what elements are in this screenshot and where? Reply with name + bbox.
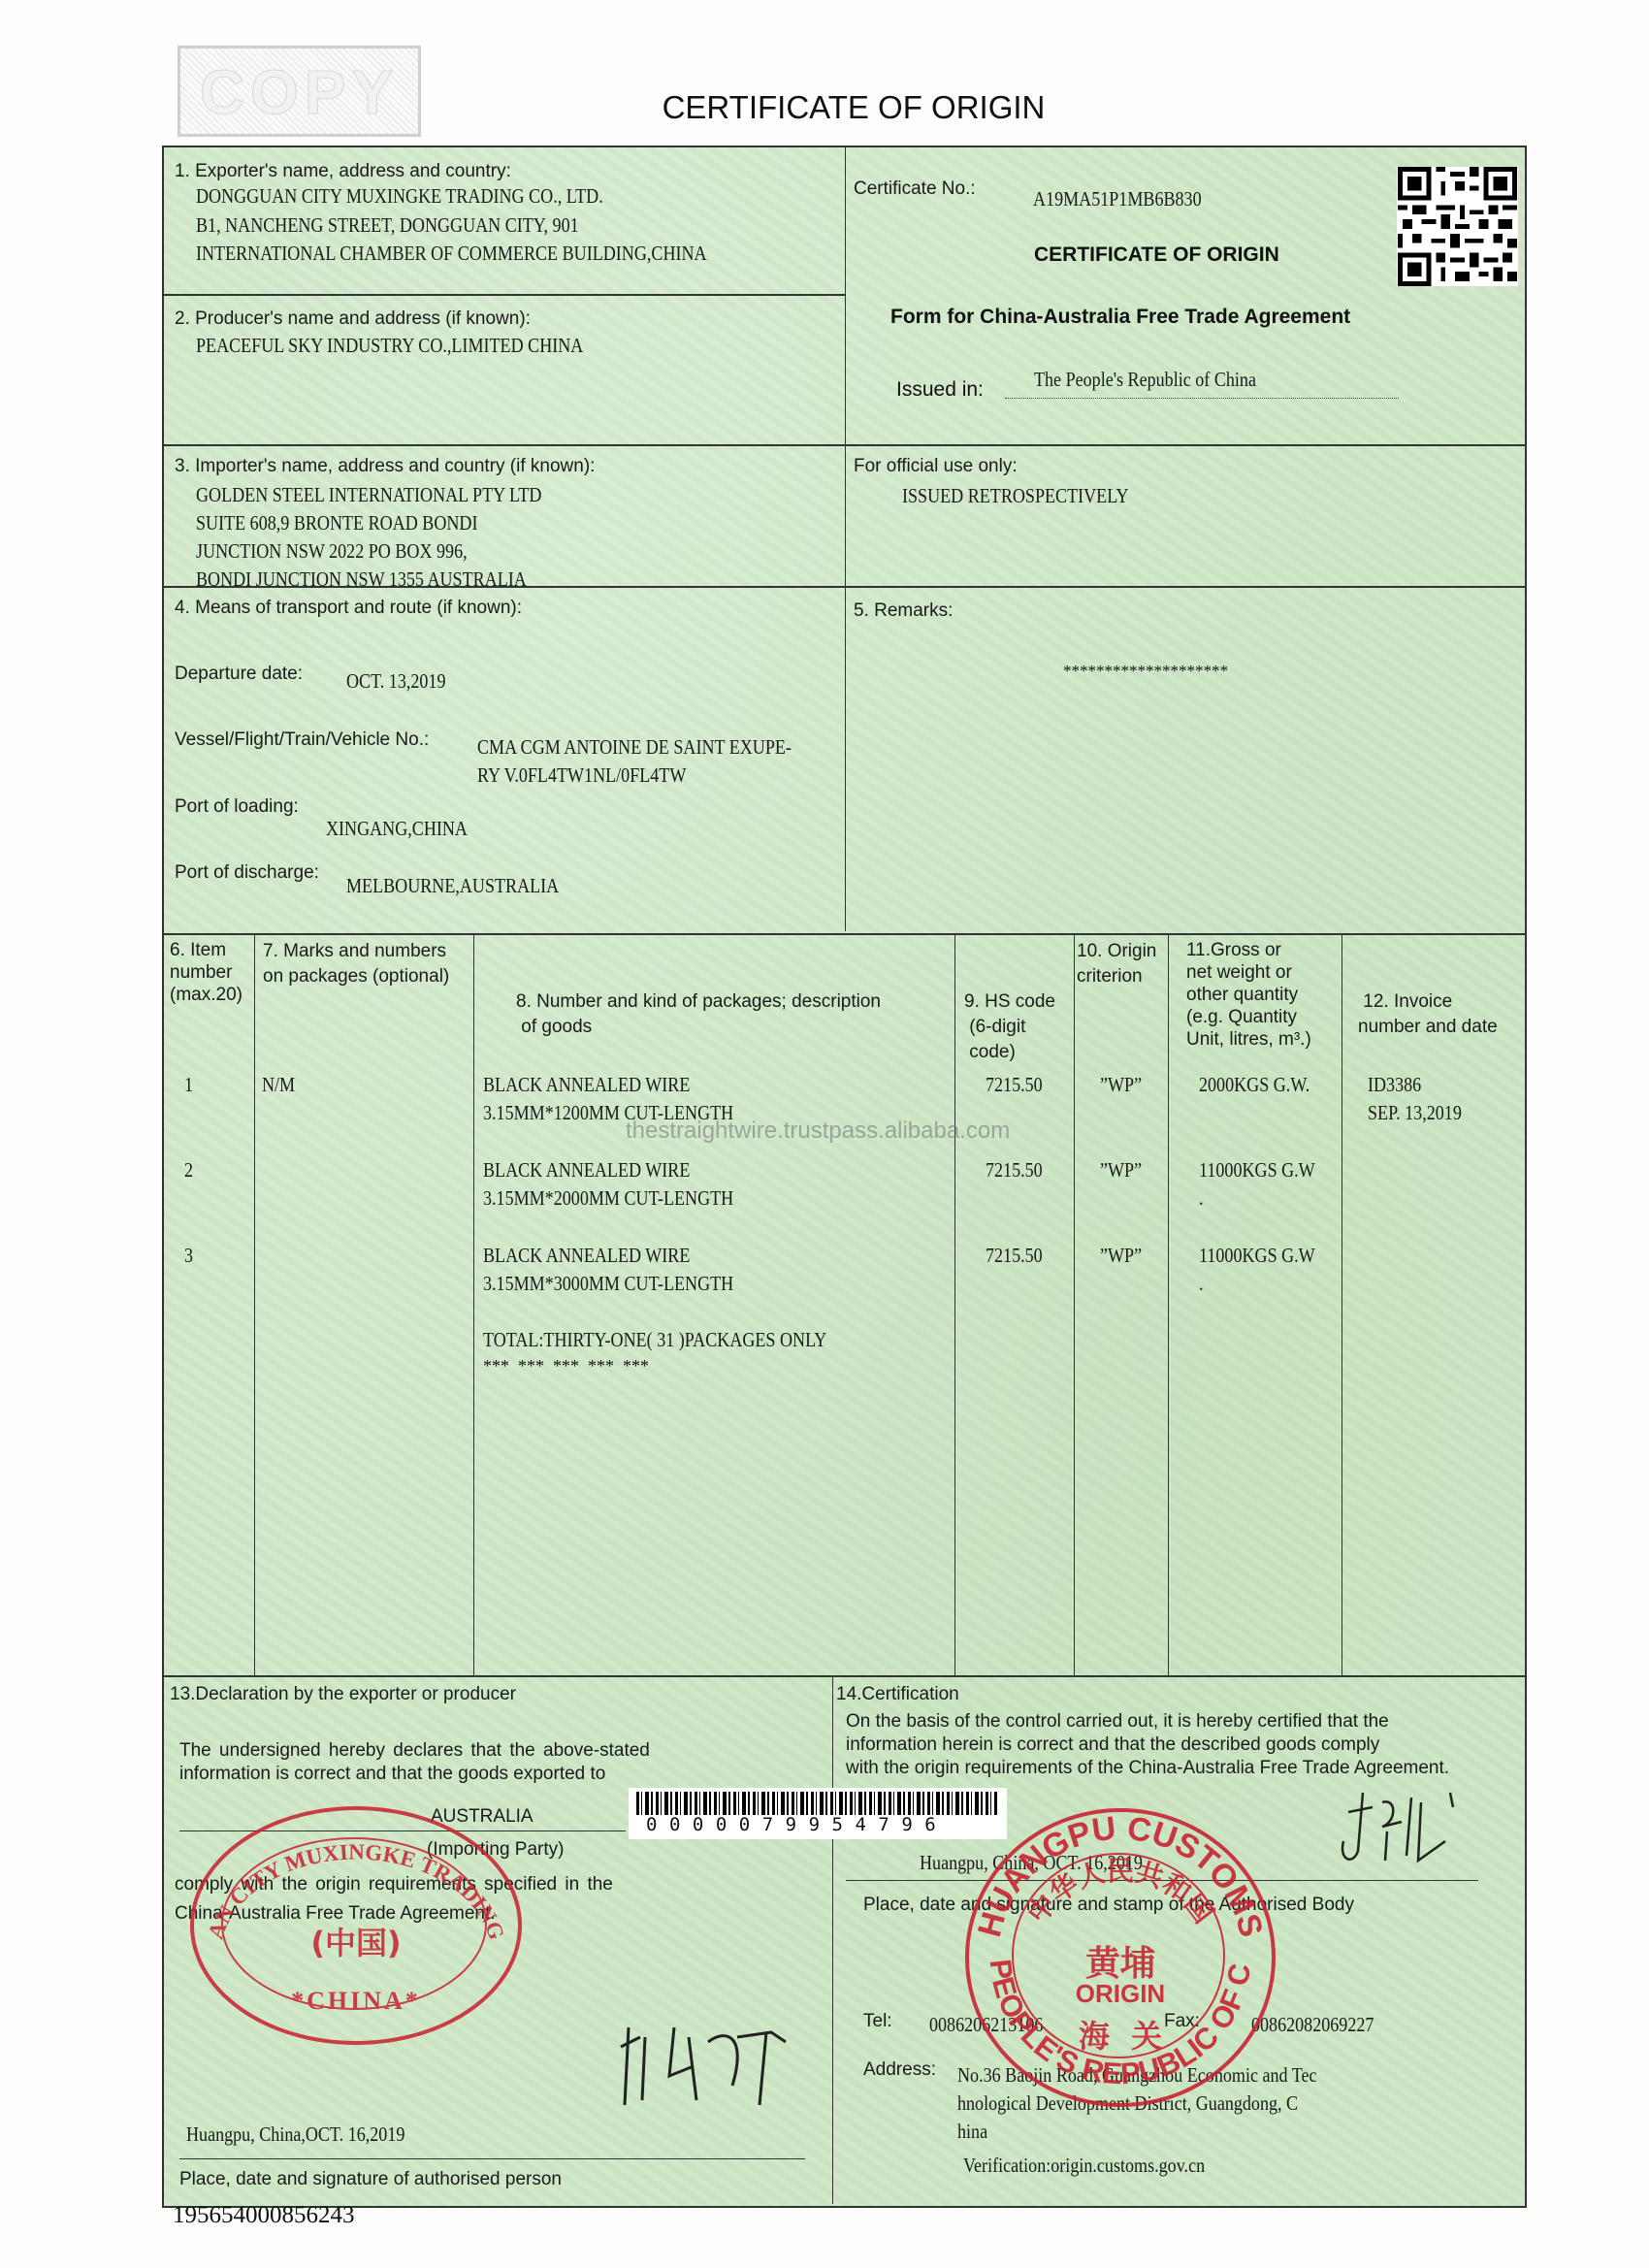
certification-text: information herein is correct and that t… (846, 1734, 1379, 1756)
declaration-text: The undersigned hereby declares that the… (179, 1740, 650, 1762)
description-line: BLACK ANNEALED WIRE (483, 1158, 690, 1183)
issued-in-value: The People's Republic of China (1034, 368, 1256, 392)
invoice: ID3386 (1368, 1073, 1421, 1097)
barcode-bars (636, 1792, 997, 1815)
declaration-text: information is correct and that the good… (179, 1764, 605, 1785)
divider (162, 294, 845, 296)
divider (162, 1675, 1525, 1677)
divider (1342, 933, 1342, 1675)
producer-label: 2. Producer's name and address (if known… (175, 308, 531, 330)
certificate-no-label: Certificate No.: (854, 178, 976, 200)
header-invoice: 12. Invoicenumber and date (1358, 939, 1498, 1065)
port-loading-label: Port of loading: (175, 796, 299, 818)
serial-number: 195654000856243 (173, 2202, 355, 2229)
divider (162, 444, 1525, 446)
exporter-label: 1. Exporter's name, address and country: (175, 161, 511, 182)
barcode: 0000079954796 (629, 1788, 1007, 1839)
origin-criterion: ”WP” (1100, 1244, 1142, 1268)
importer-line: BONDI JUNCTION NSW 1355 AUSTRALIA (196, 567, 527, 592)
description-line: BLACK ANNEALED WIRE (483, 1244, 690, 1268)
certification-text: On the basis of the control carried out,… (846, 1711, 1389, 1733)
header-item-number: 6. Itemnumber(max.20) (170, 939, 242, 1006)
header-origin-criterion: 10. Origincriterion (1077, 939, 1156, 989)
divider (845, 146, 846, 931)
item-number: 3 (184, 1244, 193, 1268)
origin-criterion: ”WP” (1100, 1158, 1142, 1183)
port-discharge-label: Port of discharge: (175, 862, 319, 884)
tel-label: Tel: (863, 2011, 892, 2032)
issued-in-underline (1005, 398, 1399, 399)
verification-url: Verification:origin.customs.gov.cn (963, 2154, 1205, 2178)
hs-code: 7215.50 (986, 1158, 1043, 1183)
item-number: 2 (184, 1158, 193, 1183)
certification-text: with the origin requirements of the Chin… (846, 1758, 1449, 1779)
address-line: hina (957, 2120, 987, 2144)
barcode-digits: 0000079954796 (646, 1814, 948, 1835)
customs-signature (1329, 1783, 1465, 1870)
origin-criterion: ”WP” (1100, 1073, 1142, 1097)
issued-in-label: Issued in: (896, 378, 984, 402)
declaration-label: 13.Declaration by the exporter or produc… (170, 1684, 516, 1705)
exporter-line: B1, NANCHENG STREET, DONGGUAN CITY, 901 (196, 213, 579, 238)
weight: 2000KGS G.W. (1199, 1073, 1309, 1097)
signature-line (179, 2158, 805, 2159)
qr-code-icon (1397, 167, 1518, 286)
header-hs-code: 9. HS code (6-digit code) (964, 939, 1055, 1090)
divider (162, 933, 1525, 935)
watermark-text: thestraightwire.trustpass.alibaba.com (626, 1118, 1010, 1145)
remarks-value: ******************** (1063, 662, 1228, 681)
port-discharge: MELBOURNE,AUSTRALIA (346, 874, 559, 898)
exporter-signature (601, 2008, 805, 2115)
divider (473, 933, 474, 1675)
header-marks: 7. Marks and numberson packages (optiona… (263, 939, 449, 989)
hs-code: 7215.50 (986, 1073, 1043, 1097)
page-title: CERTIFICATE OF ORIGIN (0, 89, 1649, 126)
importer-label: 3. Importer's name, address and country … (175, 456, 595, 477)
vessel-label: Vessel/Flight/Train/Vehicle No.: (175, 729, 429, 751)
certification-label: 14.Certification (836, 1684, 959, 1705)
authorised-person-label: Place, date and signature of authorised … (179, 2169, 562, 2190)
certificate-no: A19MA51P1MB6B830 (1033, 187, 1202, 211)
official-use-label: For official use only: (854, 456, 1018, 477)
description-line: 3.15MM*3000MM CUT-LENGTH (483, 1272, 733, 1296)
divider (832, 1675, 833, 2204)
exporter-stamp: DONGGUAN CITY MUXINGKE TRADING CO.,LTD. … (190, 1806, 522, 2045)
marks: N/M (262, 1073, 295, 1097)
vessel-line: CMA CGM ANTOINE DE SAINT EXUPE- (477, 735, 792, 760)
importer-line: JUNCTION NSW 2022 PO BOX 996, (196, 539, 468, 564)
divider (1168, 933, 1169, 1675)
total-packages: TOTAL:THIRTY-ONE( 31 )PACKAGES ONLY (483, 1328, 826, 1352)
address-label: Address: (863, 2059, 936, 2081)
weight: . (1199, 1186, 1204, 1211)
form-title: CERTIFICATE OF ORIGIN (1034, 243, 1279, 267)
description-line: BLACK ANNEALED WIRE (483, 1073, 690, 1097)
customs-stamp: HUANGPU CUSTOMS THE PEOPLE'S REPUBLIC OF… (965, 1808, 1276, 2107)
divider (1074, 933, 1075, 1675)
departure-date: OCT. 13,2019 (346, 669, 446, 694)
transport-label: 4. Means of transport and route (if know… (175, 598, 522, 619)
importer-line: GOLDEN STEEL INTERNATIONAL PTY LTD (196, 483, 541, 507)
weight: 11000KGS G.W (1199, 1158, 1315, 1183)
port-loading: XINGANG,CHINA (326, 817, 468, 841)
producer-line: PEACEFUL SKY INDUSTRY CO.,LIMITED CHINA (196, 334, 583, 358)
departure-date-label: Departure date: (175, 664, 303, 685)
official-use-value: ISSUED RETROSPECTIVELY (902, 484, 1128, 508)
exporter-place-date: Huangpu, China,OCT. 16,2019 (186, 2122, 404, 2147)
remarks-label: 5. Remarks: (854, 600, 953, 622)
header-description: 8. Number and kind of packages; descript… (516, 939, 881, 1065)
exporter-line: INTERNATIONAL CHAMBER OF COMMERCE BUILDI… (196, 242, 707, 266)
vessel-line: RY V.0FL4TW1NL/0FL4TW (477, 763, 686, 788)
item-number: 1 (184, 1073, 193, 1097)
total-stars: *** *** *** *** *** (483, 1356, 649, 1377)
divider (954, 933, 955, 1675)
divider (254, 933, 255, 1675)
invoice: SEP. 13,2019 (1368, 1101, 1462, 1125)
importer-line: SUITE 608,9 BRONTE ROAD BONDI (196, 511, 477, 535)
form-subtitle: Form for China-Australia Free Trade Agre… (890, 306, 1350, 329)
weight: 11000KGS G.W (1199, 1244, 1315, 1268)
hs-code: 7215.50 (986, 1244, 1043, 1268)
description-line: 3.15MM*2000MM CUT-LENGTH (483, 1186, 733, 1211)
exporter-line: DONGGUAN CITY MUXINGKE TRADING CO., LTD. (196, 184, 603, 209)
header-weight: 11.Gross ornet weight orother quantity(e… (1186, 939, 1311, 1051)
weight: . (1199, 1272, 1204, 1296)
